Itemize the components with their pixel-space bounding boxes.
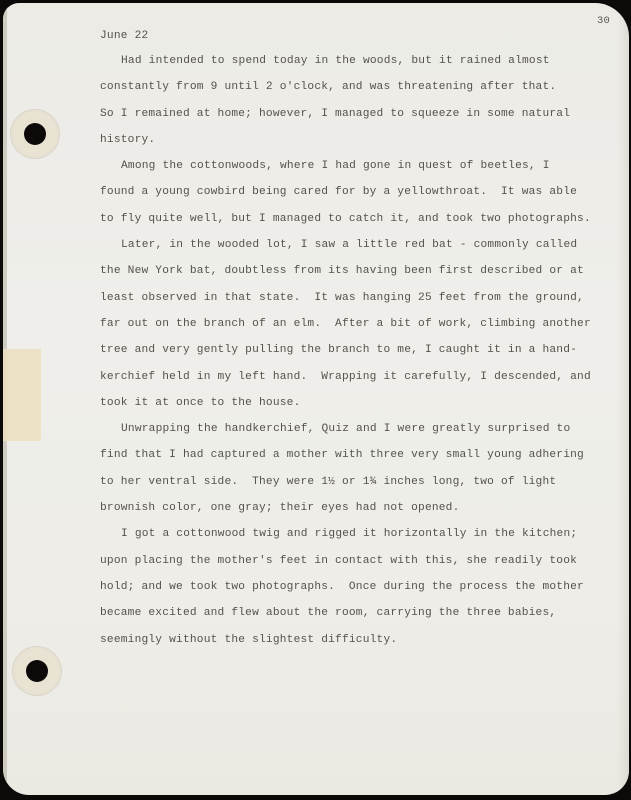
text-line: Later, in the wooded lot, I saw a little… [100,237,600,263]
typewritten-journal-page: 30 June 22 Had intended to spend today i… [3,3,629,795]
text-line: find that I had captured a mother with t… [100,447,600,473]
text-line: to her ventral side. They were 1½ or 1¾ … [100,474,600,500]
text-line: upon placing the mother's feet in contac… [100,553,600,579]
text-line: Unwrapping the handkerchief, Quiz and I … [100,421,600,447]
text-line: So I remained at home; however, I manage… [100,106,600,132]
text-line: kerchief held in my left hand. Wrapping … [100,369,600,395]
text-line: the New York bat, doubtless from its hav… [100,263,600,289]
paragraph: Unwrapping the handkerchief, Quiz and I … [100,421,600,526]
text-line: Among the cottonwoods, where I had gone … [100,158,600,184]
entry-date: June 22 [100,30,148,42]
paragraph: Among the cottonwoods, where I had gone … [100,158,600,237]
paper-tab [3,349,41,441]
binder-hole-bottom [13,647,61,695]
text-line: history. [100,132,600,158]
text-line: least observed in that state. It was han… [100,290,600,316]
text-line: became excited and flew about the room, … [100,605,600,631]
text-line: brownish color, one gray; their eyes had… [100,500,600,526]
scanned-page-background: 30 June 22 Had intended to spend today i… [0,0,631,800]
text-line: tree and very gently pulling the branch … [100,342,600,368]
text-line: constantly from 9 until 2 o'clock, and w… [100,79,600,105]
text-line: to fly quite well, but I managed to catc… [100,211,600,237]
page-number: 30 [597,15,610,27]
text-line: Had intended to spend today in the woods… [100,53,600,79]
paragraph: Had intended to spend today in the woods… [100,53,600,158]
text-line: hold; and we took two photographs. Once … [100,579,600,605]
paragraph: Later, in the wooded lot, I saw a little… [100,237,600,421]
paragraph: I got a cottonwood twig and rigged it ho… [100,526,600,657]
text-line: I got a cottonwood twig and rigged it ho… [100,526,600,552]
text-line: far out on the branch of an elm. After a… [100,316,600,342]
journal-entry-body: Had intended to spend today in the woods… [100,53,600,658]
binder-hole-top [11,110,59,158]
text-line: took it at once to the house. [100,395,600,421]
text-line: found a young cowbird being cared for by… [100,184,600,210]
text-line: seemingly without the slightest difficul… [100,632,600,658]
